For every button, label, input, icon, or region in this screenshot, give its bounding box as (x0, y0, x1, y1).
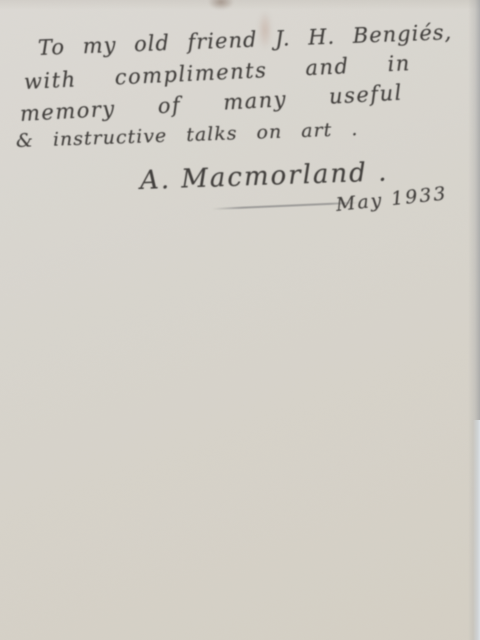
ink-smudge-top (208, 0, 234, 10)
page-edge-highlight (473, 420, 480, 640)
book-page-photo: To my old friend J. H. Bengiés, with com… (0, 0, 480, 640)
signature: A. Macmorland . (139, 157, 388, 196)
